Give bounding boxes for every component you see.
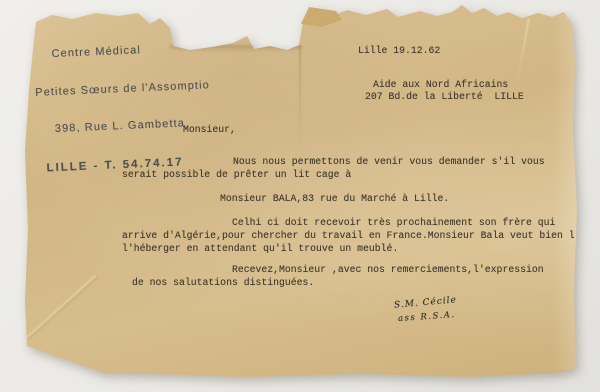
crease-line [27, 275, 98, 340]
letter-paper: Centre Médical Petites Sœurs de l'Assomp… [0, 0, 600, 392]
closing-line-2: de nos salutations distinguées. [132, 276, 314, 289]
body-line-p1-2: serait possible de prêter un lit cage à [122, 168, 351, 181]
crease-line [299, 46, 301, 146]
dateline: Lille 19.12.62 [358, 44, 440, 57]
closing-line-1: Recevez,Monsieur ,avec nos remerciements… [232, 263, 544, 276]
subject-line: Monsieur BALA,83 rue du Marché à Lille. [220, 192, 449, 205]
recipient-address: 207 Bd.de la Liberté LILLE [365, 90, 524, 103]
stamp-line-2: Petites Sœurs de l'Assomptio [35, 79, 210, 99]
body-line-p2-3: l'héberger en attendant qu'il trouve un … [122, 242, 398, 255]
body-line-p2-1: Celhi ci doit recevoir très prochainemen… [232, 216, 555, 229]
scan-background: Centre Médical Petites Sœurs de l'Assomp… [0, 0, 600, 392]
body-line-p2-2: arrive d'Algérie,pour chercher du travai… [122, 229, 575, 242]
letter-paper-wrap: Centre Médical Petites Sœurs de l'Assomp… [0, 0, 600, 392]
paper-edge-highlight [552, 10, 578, 370]
handwritten-signature: S.M. Cécile [394, 295, 458, 310]
crease-line [516, 18, 529, 83]
stamp-line-1: Centre Médical [51, 41, 208, 60]
body-line-p1-1: Nous nous permettons de venir vous deman… [233, 155, 545, 168]
salutation: Monsieur, [183, 123, 236, 136]
handwritten-signature-note: ass R.S.A. [398, 310, 456, 324]
